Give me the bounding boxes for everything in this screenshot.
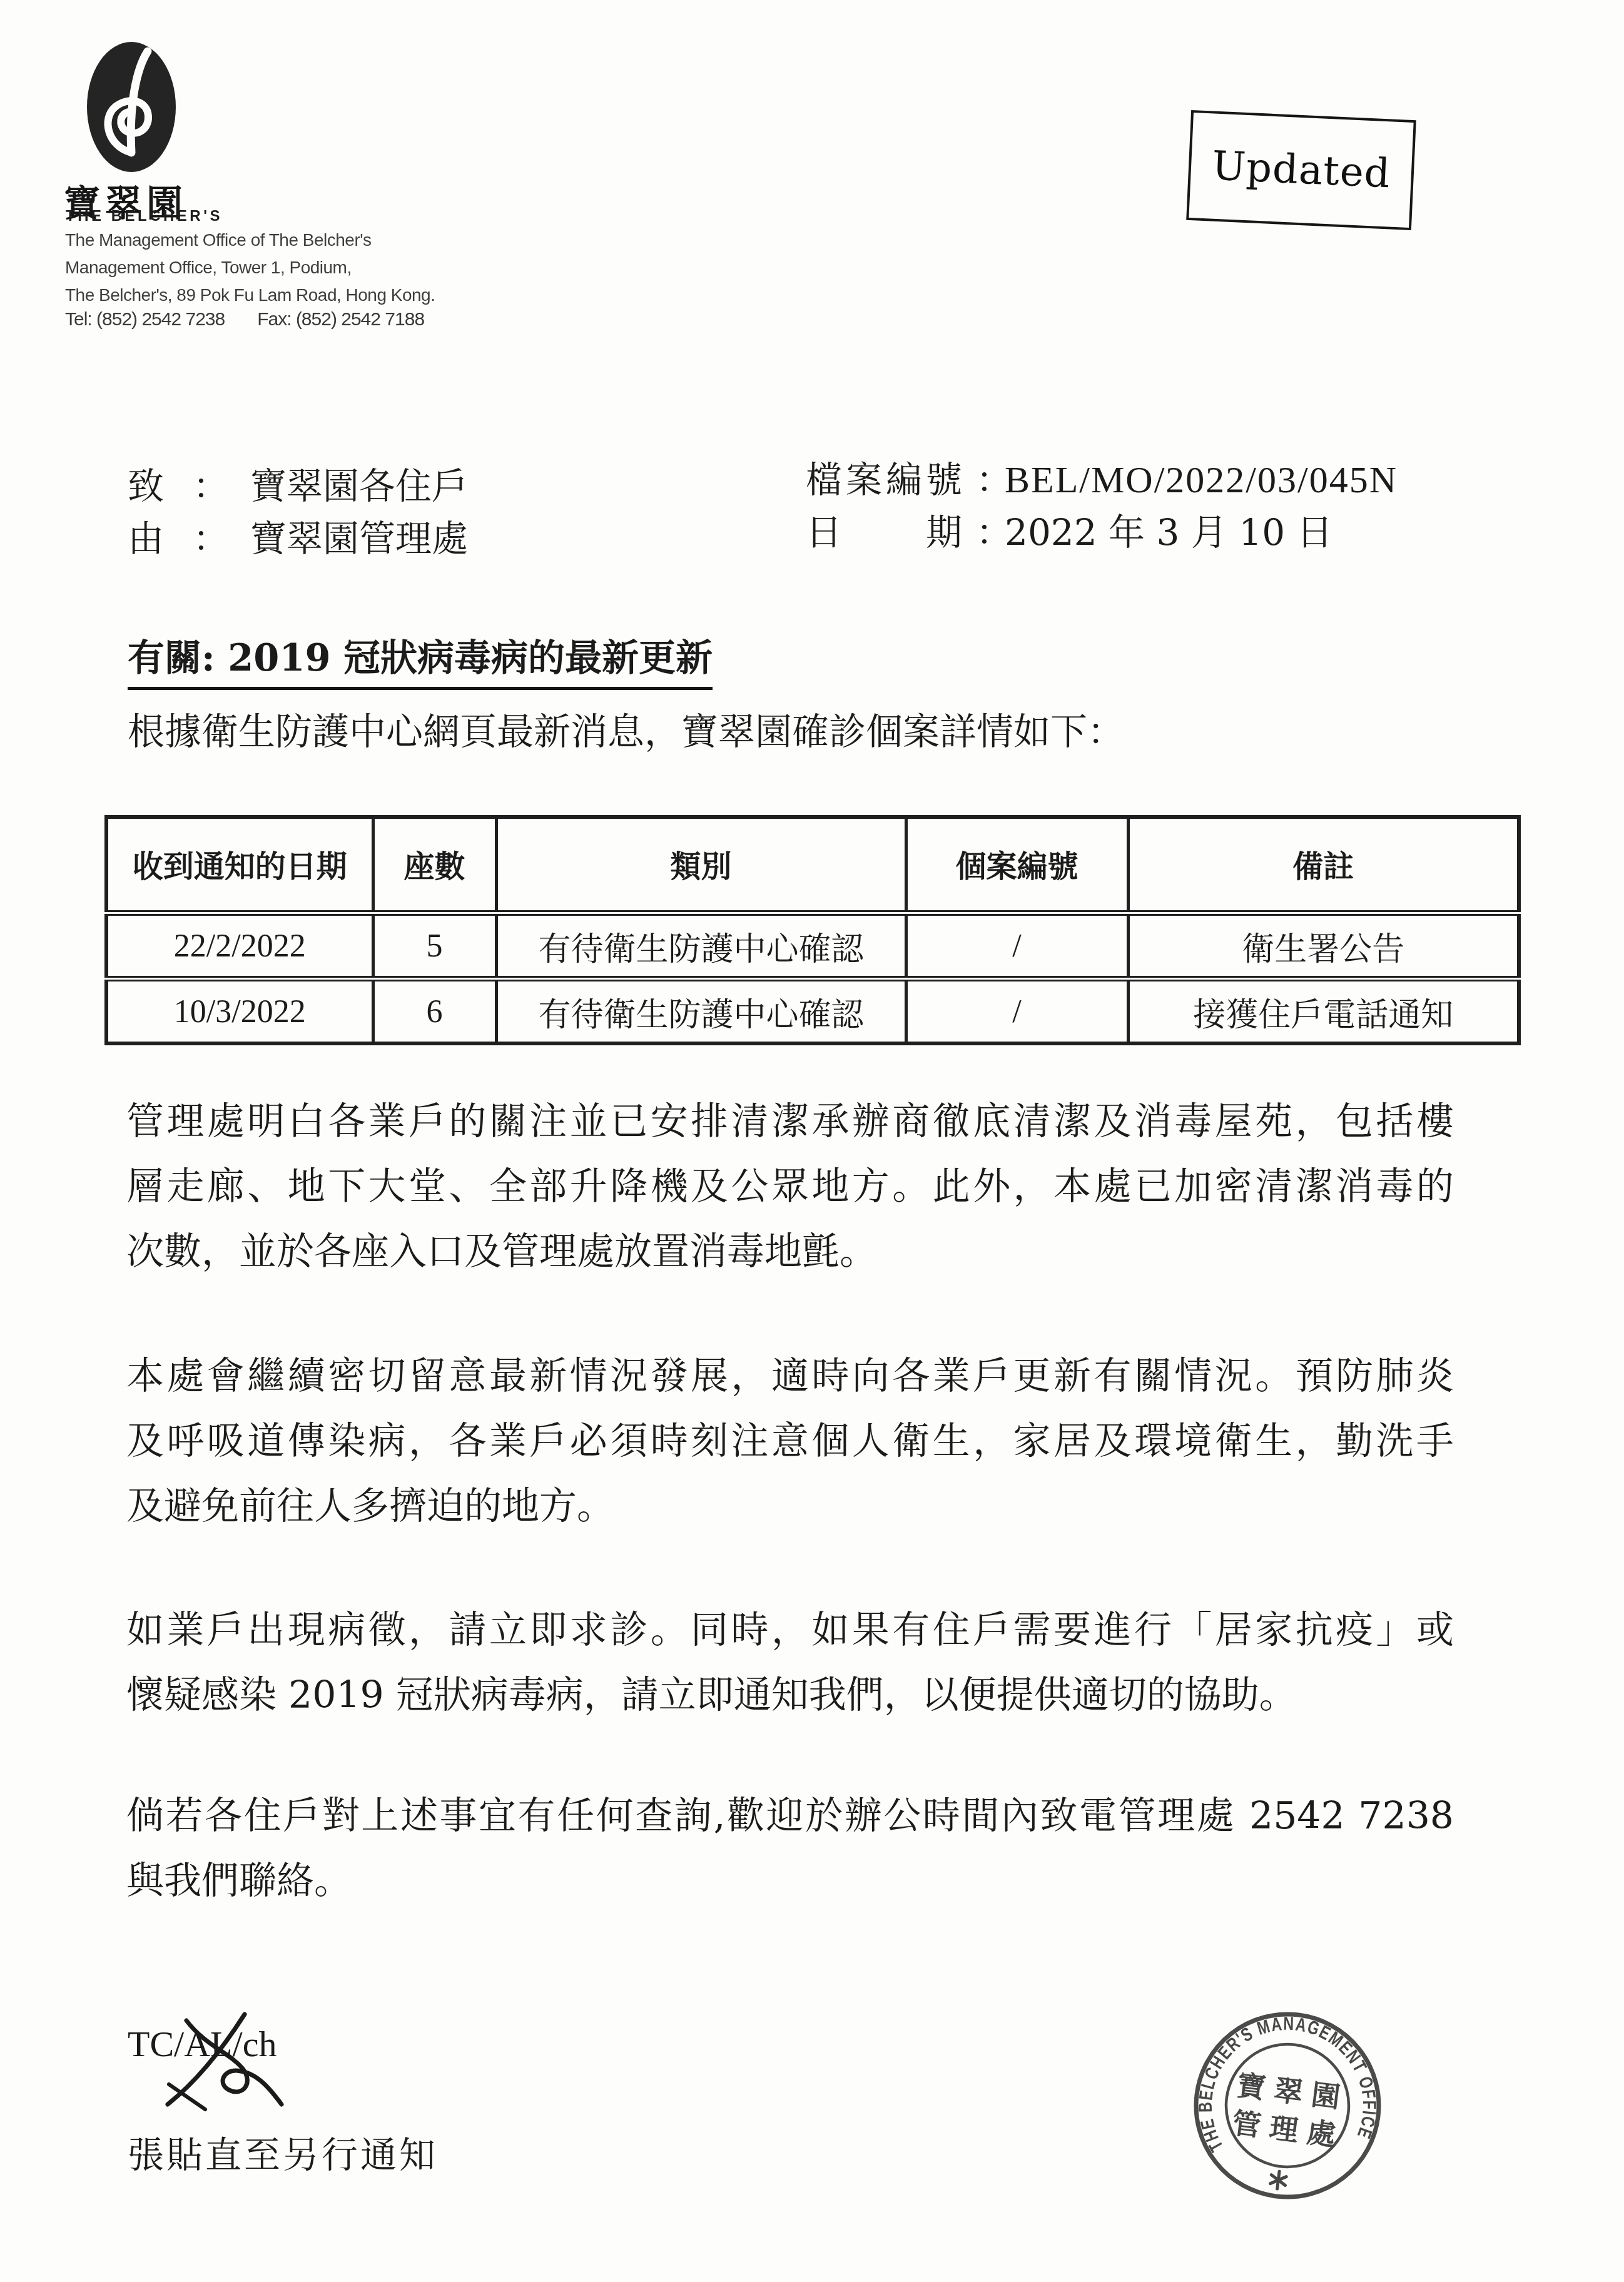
paragraph-line: 層走廊、地下大堂、全部升降機及公眾地方。此外，本處已加密清潔消毒的	[126, 1154, 1454, 1219]
header-cell-tower: 座數	[373, 817, 496, 913]
subject-title: 有關: 2019 冠狀病毒病的最新更新	[128, 628, 713, 690]
date-label: 日 期	[806, 514, 976, 550]
cell-date: 22/2/2022	[106, 913, 373, 979]
paragraph-line: 次數，並於各座入口及管理處放置消毒地氈。	[126, 1219, 1454, 1284]
from-colon: ：	[193, 520, 250, 557]
address-line: Management Office, Tower 1, Podium,	[65, 254, 435, 281]
ref-label: 檔案編號	[806, 462, 976, 498]
header-cell-category: 類別	[496, 817, 906, 913]
to-value: 寶翠園各住戶	[250, 468, 468, 504]
paragraph-line: 與我們聯絡。	[126, 1848, 1454, 1914]
fax-label: Fax: (852) 2542 7188	[257, 309, 424, 330]
cell-date: 10/3/2022	[106, 979, 373, 1044]
cell-category: 有待衛生防護中心確認	[496, 913, 906, 979]
paragraph-line: 及呼吸道傳染病，各業戶必須時刻注意個人衛生，家居及環境衛生，勤洗手	[126, 1409, 1454, 1474]
paragraph-line: 及避免前往人多擠迫的地方。	[126, 1474, 1454, 1539]
paragraph-line: 本處會繼續密切留意最新情況發展，適時向各業戶更新有關情況。預防肺炎	[126, 1344, 1454, 1409]
stamp-star-icon	[1270, 2171, 1287, 2190]
recipient-block: 致 ： 寶翠園各住戶 由 ： 寶翠園管理處	[128, 468, 468, 573]
paragraph-line: 如業戶出現病徵，請立即求診。同時，如果有住戶需要進行「居家抗疫」或	[126, 1598, 1454, 1663]
to-row: 致 ： 寶翠園各住戶	[128, 468, 468, 504]
reference-block: 檔案編號 ： BEL/MO/2022/03/045N 日 期 ： 2022 年 …	[806, 462, 1398, 567]
header-cell-remarks: 備註	[1128, 817, 1519, 913]
cell-remarks: 接獲住戶電話通知	[1128, 979, 1519, 1044]
tel-fax-line: Tel: (852) 2542 7238Fax: (852) 2542 7188	[65, 309, 424, 330]
brand-latin-name: THE BELCHER'S	[66, 208, 223, 225]
paragraph-cleaning: 管理處明白各業戶的關注並已安排清潔承辦商徹底清潔及消毒屋苑，包括樓 層走廊、地下…	[126, 1089, 1454, 1284]
paragraph-line: 倘若各住戶對上述事宜有任何查詢,歡迎於辦公時間內致電管理處 2542 7238	[126, 1783, 1454, 1848]
table-row: 22/2/2022 5 有待衛生防護中心確認 / 衛生署公告	[106, 913, 1519, 979]
ref-colon: ：	[976, 462, 1005, 498]
ref-row: 檔案編號 ： BEL/MO/2022/03/045N	[806, 462, 1398, 498]
header-cell-case-no: 個案編號	[906, 817, 1128, 913]
to-colon: ：	[193, 468, 250, 504]
paragraph-enquiries: 倘若各住戶對上述事宜有任何查詢,歡迎於辦公時間內致電管理處 2542 7238 …	[126, 1783, 1454, 1914]
notice-document-page: 寶翠園 THE BELCHER'S The Management Office …	[0, 0, 1624, 2282]
cell-remarks: 衛生署公告	[1128, 913, 1519, 979]
cases-table: 收到通知的日期 座數 類別 個案編號 備註 22/2/2022 5 有待衛生防護…	[104, 815, 1521, 1045]
from-value: 寶翠園管理處	[250, 520, 468, 557]
cell-tower: 6	[373, 979, 496, 1044]
updated-stamp-label: Updated	[1211, 143, 1392, 198]
address-line: The Belcher's, 89 Pok Fu Lam Road, Hong …	[65, 281, 435, 309]
intro-text: 根據衛生防護中心網頁最新消息，寶翠園確診個案詳情如下：	[128, 702, 1124, 755]
paragraph-line: 懷疑感染 2019 冠狀病毒病，請立即通知我們，以便提供適切的協助。	[126, 1663, 1454, 1728]
from-label: 由	[128, 520, 193, 557]
paragraph-line: 管理處明白各業戶的關注並已安排清潔承辦商徹底清潔及消毒屋苑，包括樓	[126, 1089, 1454, 1154]
date-row: 日 期 ： 2022 年 3 月 10 日	[806, 514, 1398, 550]
office-address: The Management Office of The Belcher's M…	[65, 226, 435, 309]
header-cell-date: 收到通知的日期	[106, 817, 373, 913]
from-row: 由 ： 寶翠園管理處	[128, 520, 468, 557]
office-stamp-icon: THE BELCHER'S MANAGEMENT OFFICE 寶翠園 管理處	[1181, 1999, 1394, 2212]
cell-case-no: /	[906, 979, 1128, 1044]
date-colon: ：	[976, 514, 1005, 550]
paragraph-symptoms: 如業戶出現病徵，請立即求診。同時，如果有住戶需要進行「居家抗疫」或 懷疑感染 2…	[126, 1598, 1454, 1728]
address-line: The Management Office of The Belcher's	[65, 226, 435, 254]
table-header-row: 收到通知的日期 座數 類別 個案編號 備註	[106, 817, 1519, 913]
cell-category: 有待衛生防護中心確認	[496, 979, 906, 1044]
posting-note: 張貼直至另行通知	[128, 2126, 438, 2178]
paragraph-monitoring: 本處會繼續密切留意最新情況發展，適時向各業戶更新有關情況。預防肺炎 及呼吸道傳染…	[126, 1344, 1454, 1539]
belchers-b-logo-icon	[81, 36, 181, 180]
signature-scribble-icon	[148, 2009, 335, 2128]
to-label: 致	[128, 468, 193, 504]
date-value: 2022 年 3 月 10 日	[1005, 514, 1333, 550]
cell-case-no: /	[906, 913, 1128, 979]
tel-label: Tel: (852) 2542 7238	[65, 309, 225, 330]
ref-value: BEL/MO/2022/03/045N	[1005, 462, 1398, 498]
table-row: 10/3/2022 6 有待衛生防護中心確認 / 接獲住戶電話通知	[106, 979, 1519, 1044]
cell-tower: 5	[373, 913, 496, 979]
updated-stamp: Updated	[1186, 110, 1416, 230]
